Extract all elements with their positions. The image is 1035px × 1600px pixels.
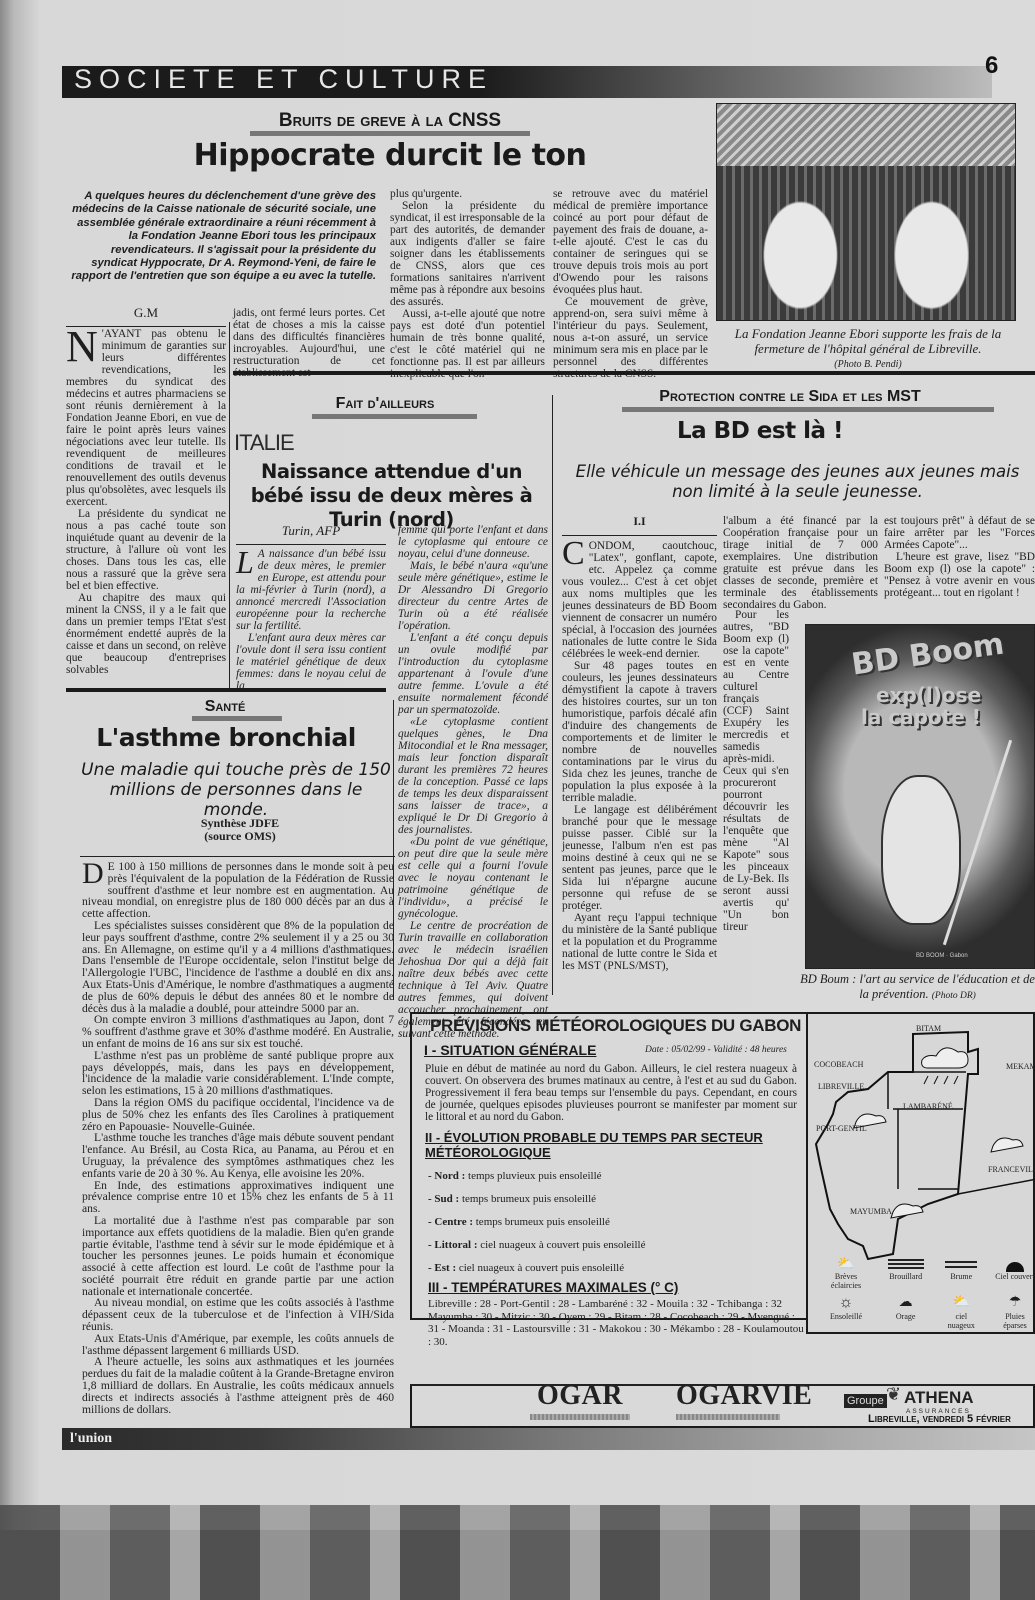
cartoon-character — [881, 775, 961, 925]
ciel-couvert-icon — [993, 1256, 1035, 1272]
legend-brouillard: Brouillard — [882, 1256, 930, 1290]
cnss-col-1: N'AYANT pas obtenu le minimum de garanti… — [66, 328, 226, 676]
sida-kicker: Protection contre le Sida et les MST — [600, 388, 980, 406]
italie-country: ITALIE — [234, 430, 294, 456]
ensoleille-icon: ☼ — [822, 1294, 870, 1312]
map-label-port-gentil: PORT-GENTIL — [816, 1124, 867, 1133]
ogarvie-underline — [676, 1414, 780, 1420]
map-label-libreville: LIBREVILLE — [818, 1082, 864, 1091]
column-divider — [552, 395, 553, 995]
section-title: SOCIETE ET CULTURE — [74, 64, 493, 95]
legend-ciel-couvert: Ciel couvert — [993, 1256, 1035, 1290]
kicker-underline — [312, 414, 477, 419]
cnss-byline: G.M — [66, 305, 226, 321]
cnss-col-2: jadis, ont fermé leurs portes. Cet état … — [233, 307, 385, 379]
weather-temperatures: Libreville : 28 - Port-Gentil : 28 - Lam… — [428, 1298, 806, 1348]
ad-ogar: OGAR — [530, 1380, 630, 1420]
map-legend-row-1: ⛅ Brèves éclaircies Brouillard Brume Cie… — [822, 1256, 1035, 1290]
fondation-photo — [716, 103, 1016, 321]
dropcap-letter: D — [82, 862, 104, 886]
gabon-weather-map: BITAM COCOBEACH LIBREVILLE LAMBARÉNÉ POR… — [806, 1012, 1035, 1334]
cnss-col-3: plus qu'urgente. Selon la présidente du … — [390, 188, 545, 380]
sida-headline: La BD est là ! — [620, 418, 900, 444]
olive-branch-icon: ❦ — [886, 1384, 901, 1405]
sector-sud: - Sud : temps brumeux puis ensoleillé — [428, 1193, 800, 1216]
legend-pluies-eparses: ☂ Pluies éparses — [993, 1294, 1035, 1330]
weather-section-1-title: I - SITUATION GÉNÉRALE — [424, 1042, 596, 1058]
athena-group-label: Groupe — [844, 1394, 887, 1408]
brouillard-icon — [882, 1256, 930, 1272]
asthme-body: DE 100 à 150 millions de personnes dans … — [82, 861, 394, 1415]
ogar-logo: OGAR — [530, 1380, 630, 1412]
map-label-mayumba: MAYUMBA — [850, 1207, 892, 1216]
sida-col-2-narrow: Pour les autres, "BD Boom exp (l) ose la… — [723, 609, 789, 933]
dropcap-letter: N — [66, 329, 98, 365]
map-label-mekambo: MEKAMBO — [1006, 1062, 1035, 1071]
sida-col-1: CONDOM, caoutchouc, "Latex", gonflant, c… — [562, 540, 717, 972]
map-label-bitam: BITAM — [916, 1024, 941, 1033]
weather-section-3-title: III - TEMPÉRATURES MAXIMALES (° C) — [428, 1280, 678, 1295]
dropcap-letter: C — [562, 541, 585, 567]
photo-caption: La Fondation Jeanne Ebori supporte les f… — [718, 326, 1018, 356]
legend-ciel-nuageux: ⛅ ciel nuageux — [941, 1294, 981, 1330]
dropcap-letter: L — [236, 549, 254, 575]
weather-sectors-list: - Nord : temps pluvieux puis ensoleillé … — [428, 1170, 800, 1285]
sida-col-3-top: est toujours prêt" à défaut de se faire … — [884, 515, 1035, 599]
asthme-deck: Une maladie qui touche près de 150 milli… — [76, 760, 396, 820]
sector-centre: - Centre : temps brumeux puis ensoleillé — [428, 1216, 800, 1239]
asthme-headline: L'asthme bronchial — [66, 723, 386, 752]
legend-orage: ☁ Orage — [882, 1294, 930, 1330]
italie-col-2: femme qui porte l'enfant et dans le cyto… — [398, 524, 548, 1040]
ogar-underline — [530, 1414, 630, 1420]
kicker-underline — [622, 407, 994, 412]
photo-credit: (Photo B. Pendi) — [718, 357, 1018, 372]
sector-nord: - Nord : temps pluvieux puis ensoleillé — [428, 1170, 800, 1193]
section-rule — [66, 688, 386, 692]
byline-rule — [80, 856, 395, 857]
footer-bar — [62, 1428, 1035, 1450]
weather-meta: Date : 05/02/99 - Validité : 48 heures — [645, 1045, 787, 1055]
breves-eclaircies-icon: ⛅ — [822, 1256, 870, 1272]
page-number: 6 — [985, 52, 998, 80]
byline-rule — [236, 544, 386, 545]
weather-situation: Pluie en début de matinée au nord du Gab… — [425, 1063, 797, 1123]
italie-byline-block: Turin, AFP — [236, 523, 386, 545]
cnss-headline: Hippocrate durcit le ton — [100, 138, 680, 173]
legend-breves-eclaircies: ⛅ Brèves éclaircies — [822, 1256, 870, 1290]
pluies-eparses-icon: ☂ — [993, 1294, 1035, 1312]
italie-headline: Naissance attendue d'un bébé issu de deu… — [234, 460, 549, 532]
map-legend-row-2: ☼ Ensoleillé ☁ Orage ⛅ ciel nuageux ☂ Pl… — [822, 1294, 1035, 1330]
ogarvie-logo: OGARVIE — [676, 1380, 780, 1412]
ciel-nuageux-icon: ⛅ — [941, 1294, 981, 1312]
italie-kicker: Fait d'ailleurs — [290, 395, 480, 413]
photo-roof — [717, 104, 1015, 166]
legend-brume: Brume — [941, 1256, 981, 1290]
sida-col-2-top: l'album a été financé par la Coopération… — [723, 515, 878, 611]
map-label-franceville: FRANCEVILLE — [988, 1165, 1035, 1174]
sida-byline-block: I.I — [562, 514, 717, 536]
asthme-byline: Synthèse JDFE (source OMS) — [170, 817, 310, 843]
bd-boom-cover-image: BD Boom exp(l)ose la capote ! BD BOOM · … — [805, 624, 1035, 969]
sida-deck: Elle véhicule un message des jeunes aux … — [560, 462, 1035, 502]
kicker-underline — [250, 131, 530, 136]
weather-section-2-title: II - ÉVOLUTION PROBABLE DU TEMPS PAR SEC… — [425, 1130, 805, 1160]
map-label-lambarene: LAMBARÉNÉ — [903, 1102, 953, 1111]
section-rule — [233, 371, 1035, 375]
newspaper-logo: l'union — [70, 1431, 112, 1447]
footer-dateline: Libreville, vendredi 5 février — [868, 1413, 1011, 1425]
sida-byline: I.I — [562, 514, 717, 529]
bd-boom-logo: BD Boom — [849, 626, 1006, 682]
orage-icon: ☁ — [882, 1294, 930, 1312]
bd-caption: BD Boum : l'art au service de l'éducatio… — [795, 972, 1035, 1004]
sector-littoral: - Littoral : ciel nuageux à couvert puis… — [428, 1239, 800, 1262]
column-divider — [229, 322, 230, 688]
brume-icon — [941, 1256, 981, 1272]
athena-logo: ATHENA — [904, 1388, 974, 1408]
legend-ensoleille: ☼ Ensoleillé — [822, 1294, 870, 1330]
kicker-underline — [192, 716, 282, 721]
italie-byline: Turin, AFP — [236, 523, 386, 539]
background-surface — [0, 1505, 1035, 1600]
map-label-cocobeach: COCOBEACH — [814, 1060, 863, 1069]
italie-col-1: LA naissance d'un bébé issu de deux mère… — [236, 548, 386, 692]
ad-ogarvie: OGARVIE — [676, 1380, 780, 1420]
asthme-kicker: Santé — [160, 698, 290, 716]
cnss-lead: A quelques heures du déclenchement d'une… — [66, 190, 376, 284]
weather-title: PRÉVISIONS MÉTÉOROLOGIQUES DU GABON — [430, 1016, 801, 1036]
byline-rule — [562, 535, 717, 536]
cnss-col-4: se retrouve avec du matériel médical de … — [553, 188, 708, 380]
cnss-kicker: Bruits de greve à la CNSS — [240, 110, 540, 132]
